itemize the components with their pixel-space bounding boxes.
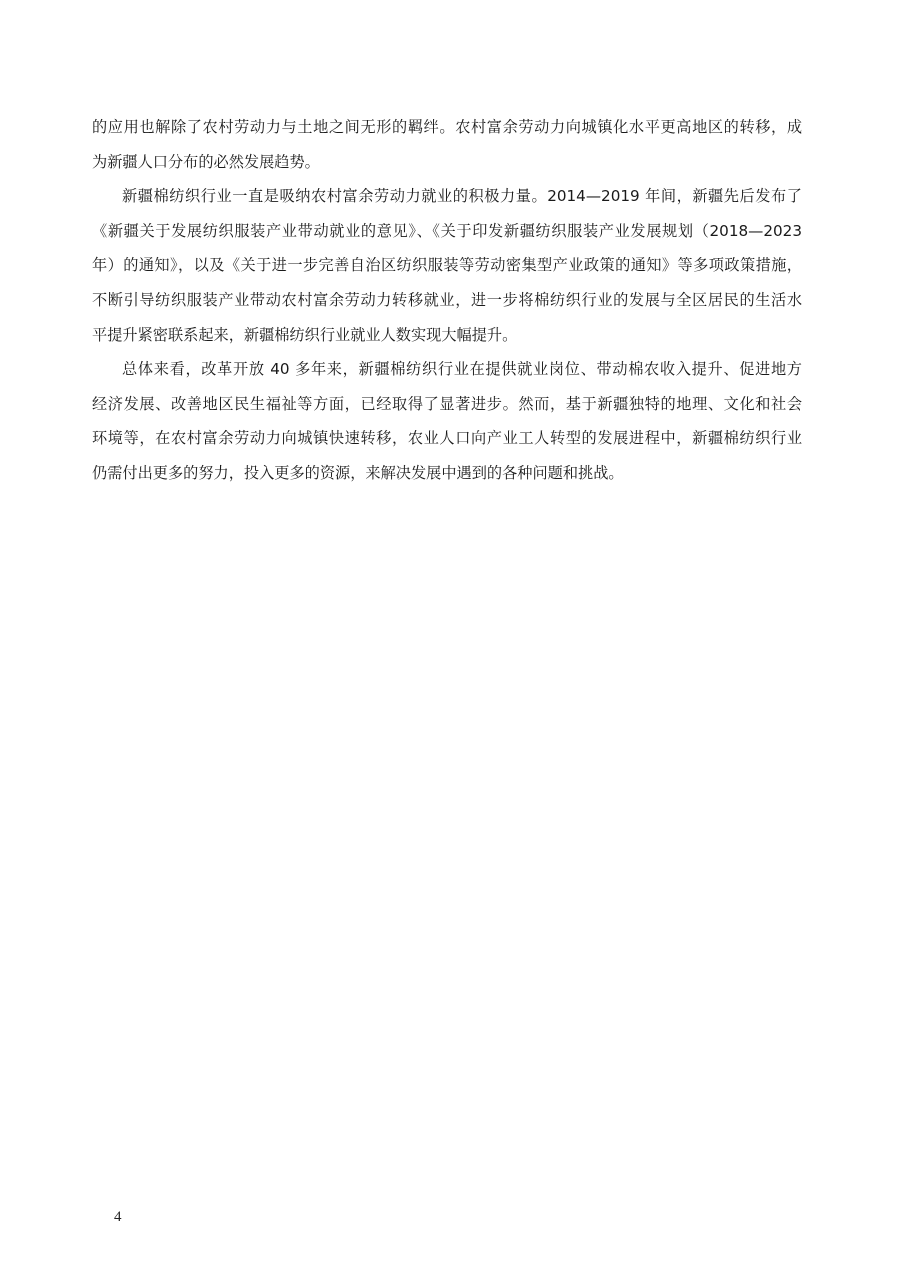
text-line: 为新疆人口分布的必然发展趋势。 (92, 148, 802, 183)
text-line: 的应用也解除了农村劳动力与土地之间无形的羁绊。农村富余劳动力向城镇化水平更高地区… (92, 113, 802, 148)
body-text: 的应用也解除了农村劳动力与土地之间无形的羁绊。农村富余劳动力向城镇化水平更高地区… (92, 113, 802, 494)
paragraph: 的应用也解除了农村劳动力与土地之间无形的羁绊。农村富余劳动力向城镇化水平更高地区… (92, 113, 802, 182)
text-line: 年）的通知》，以及《关于进一步完善自治区纺织服装等劳动密集型产业政策的通知》等多… (92, 251, 802, 286)
page-number: 4 (114, 1209, 122, 1226)
document-page: 的应用也解除了农村劳动力与土地之间无形的羁绊。农村富余劳动力向城镇化水平更高地区… (0, 0, 900, 1272)
text-line: 不断引导纺织服装产业带动农村富余劳动力转移就业，进一步将棉纺织行业的发展与全区居… (92, 286, 802, 321)
text-line: 《新疆关于发展纺织服装产业带动就业的意见》、《关于印发新疆纺织服装产业发展规划（… (92, 217, 802, 252)
text-line: 总体来看，改革开放 40 多年来，新疆棉纺织行业在提供就业岗位、带动棉农收入提升… (92, 355, 802, 390)
text-line: 仍需付出更多的努力，投入更多的资源，来解决发展中遇到的各种问题和挑战。 (92, 459, 802, 494)
text-line: 经济发展、改善地区民生福祉等方面，已经取得了显著进步。然而，基于新疆独特的地理、… (92, 390, 802, 425)
text-line: 平提升紧密联系起来，新疆棉纺织行业就业人数实现大幅提升。 (92, 321, 802, 356)
paragraph: 新疆棉纺织行业一直是吸纳农村富余劳动力就业的积极力量。2014—2019 年间，… (92, 182, 802, 355)
paragraph: 总体来看，改革开放 40 多年来，新疆棉纺织行业在提供就业岗位、带动棉农收入提升… (92, 355, 802, 493)
text-line: 新疆棉纺织行业一直是吸纳农村富余劳动力就业的积极力量。2014—2019 年间，… (92, 182, 802, 217)
text-line: 环境等，在农村富余劳动力向城镇快速转移，农业人口向产业工人转型的发展进程中，新疆… (92, 424, 802, 459)
